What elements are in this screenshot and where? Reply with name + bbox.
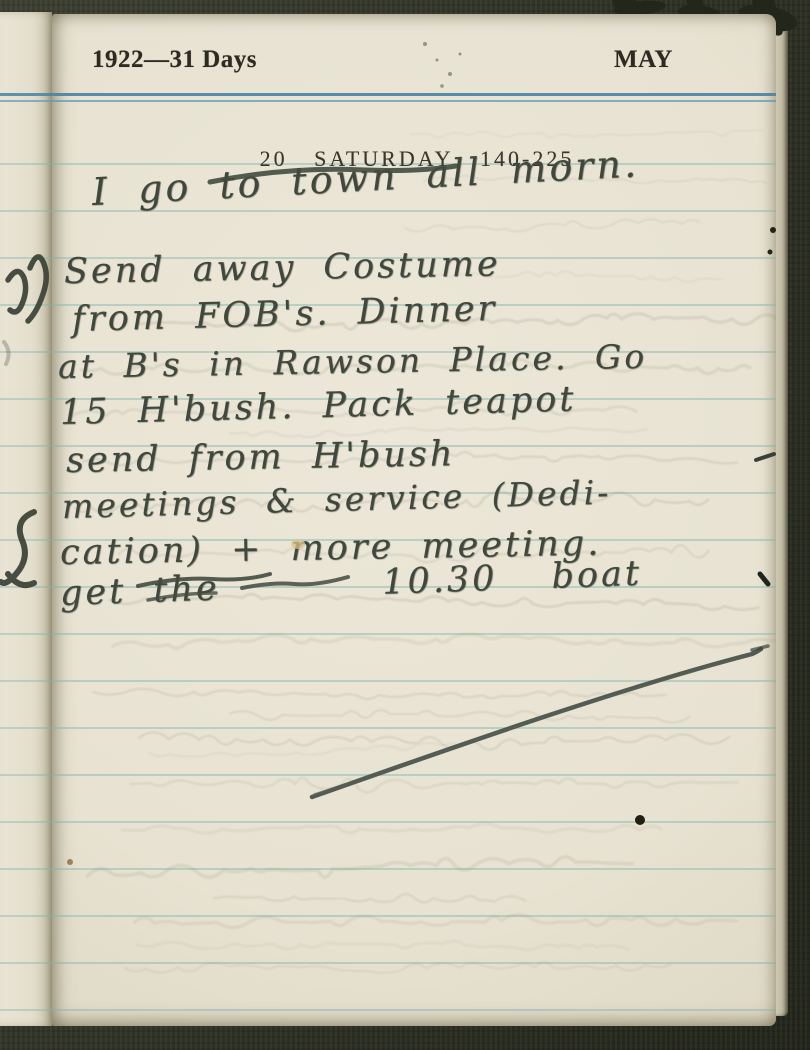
handwriting-line-6: send from H'bush (66, 434, 456, 481)
printed-year-days: 1922—31 Days (92, 46, 257, 74)
ghost-squiggle (113, 634, 776, 648)
diary-photograph: 1922—31 Days MAY 20 SATURDAY 140-225 I g… (0, 0, 810, 1050)
ghost-squiggle (214, 894, 526, 902)
ghost-squiggle (137, 941, 628, 950)
facing-page-partial-handwriting (0, 12, 52, 1026)
diary-page: 1922—31 Days MAY 20 SATURDAY 140-225 I g… (52, 14, 776, 1026)
handwriting-line-2: Send away Costume (64, 244, 501, 292)
ghost-squiggle (88, 857, 633, 877)
ghost-squiggle (411, 130, 764, 137)
ghost-squiggle (122, 824, 661, 833)
ghost-squiggle (405, 219, 699, 231)
ghost-squiggle (230, 710, 689, 722)
facing-page-sliver (0, 12, 52, 1026)
ghost-squiggle (94, 689, 666, 699)
ghost-squiggle (131, 778, 738, 793)
ghost-squiggle (125, 962, 670, 973)
ghost-squiggle (139, 732, 729, 749)
ghost-squiggle (135, 915, 736, 928)
printed-month: MAY (614, 46, 673, 74)
